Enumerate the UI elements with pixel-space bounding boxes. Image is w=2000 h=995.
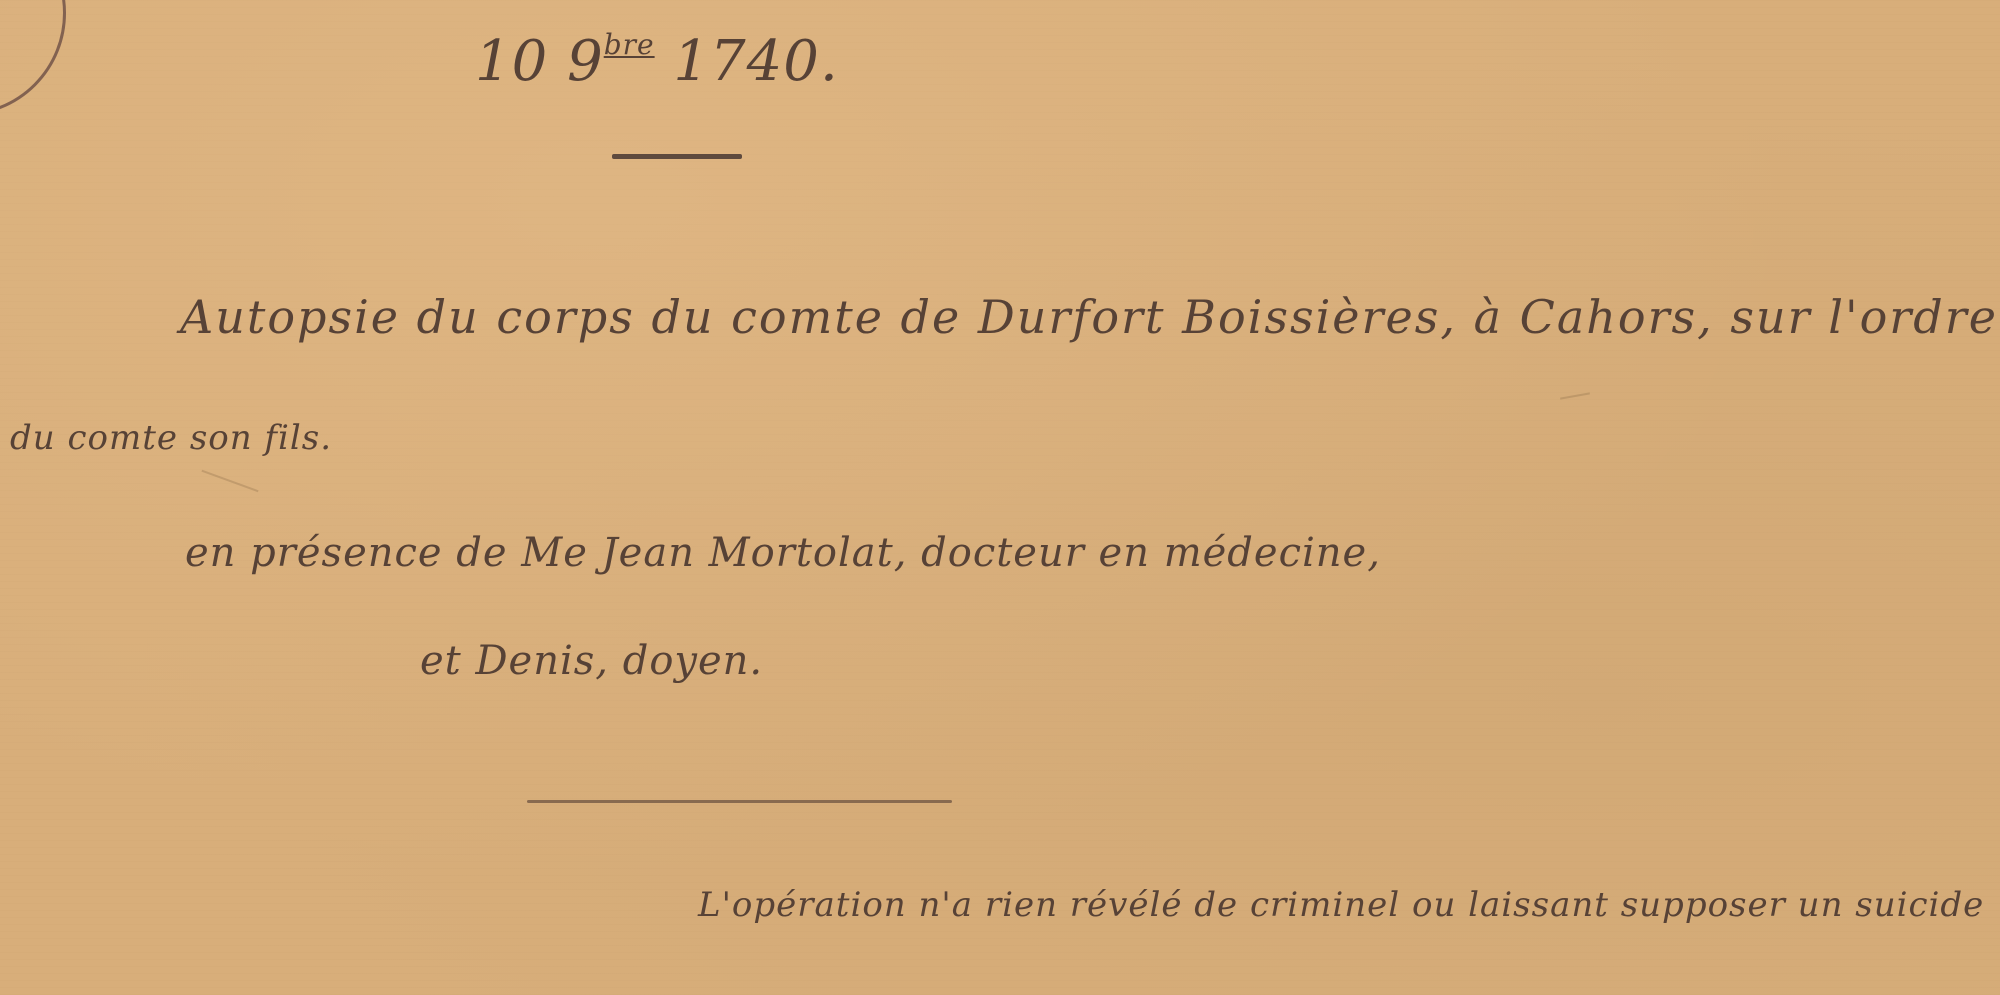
paper-blemish <box>201 470 258 492</box>
title-line-1: Autopsie du corps du comte de Durfort Bo… <box>180 290 1998 344</box>
title-divider <box>612 154 742 159</box>
date-month-superscript: bre <box>604 28 655 61</box>
document-page: 10 9bre 1740. Autopsie du corps du comte… <box>0 0 2000 995</box>
presence-line-1: en présence de Me Jean Mortolat, docteur… <box>185 530 1381 576</box>
date-year: 1740. <box>673 29 838 94</box>
paper-blemish <box>1560 392 1590 399</box>
title-line-2: du comte son fils. <box>10 418 332 458</box>
stamp-circle-mark <box>0 0 66 116</box>
section-divider <box>527 800 952 803</box>
date-month: 9 <box>567 29 604 94</box>
document-date: 10 9bre 1740. <box>475 28 839 94</box>
conclusion-text: L'opération n'a rien révélé de criminel … <box>698 885 1984 925</box>
presence-line-2: et Denis, doyen. <box>420 638 763 684</box>
date-day: 10 <box>475 29 548 94</box>
